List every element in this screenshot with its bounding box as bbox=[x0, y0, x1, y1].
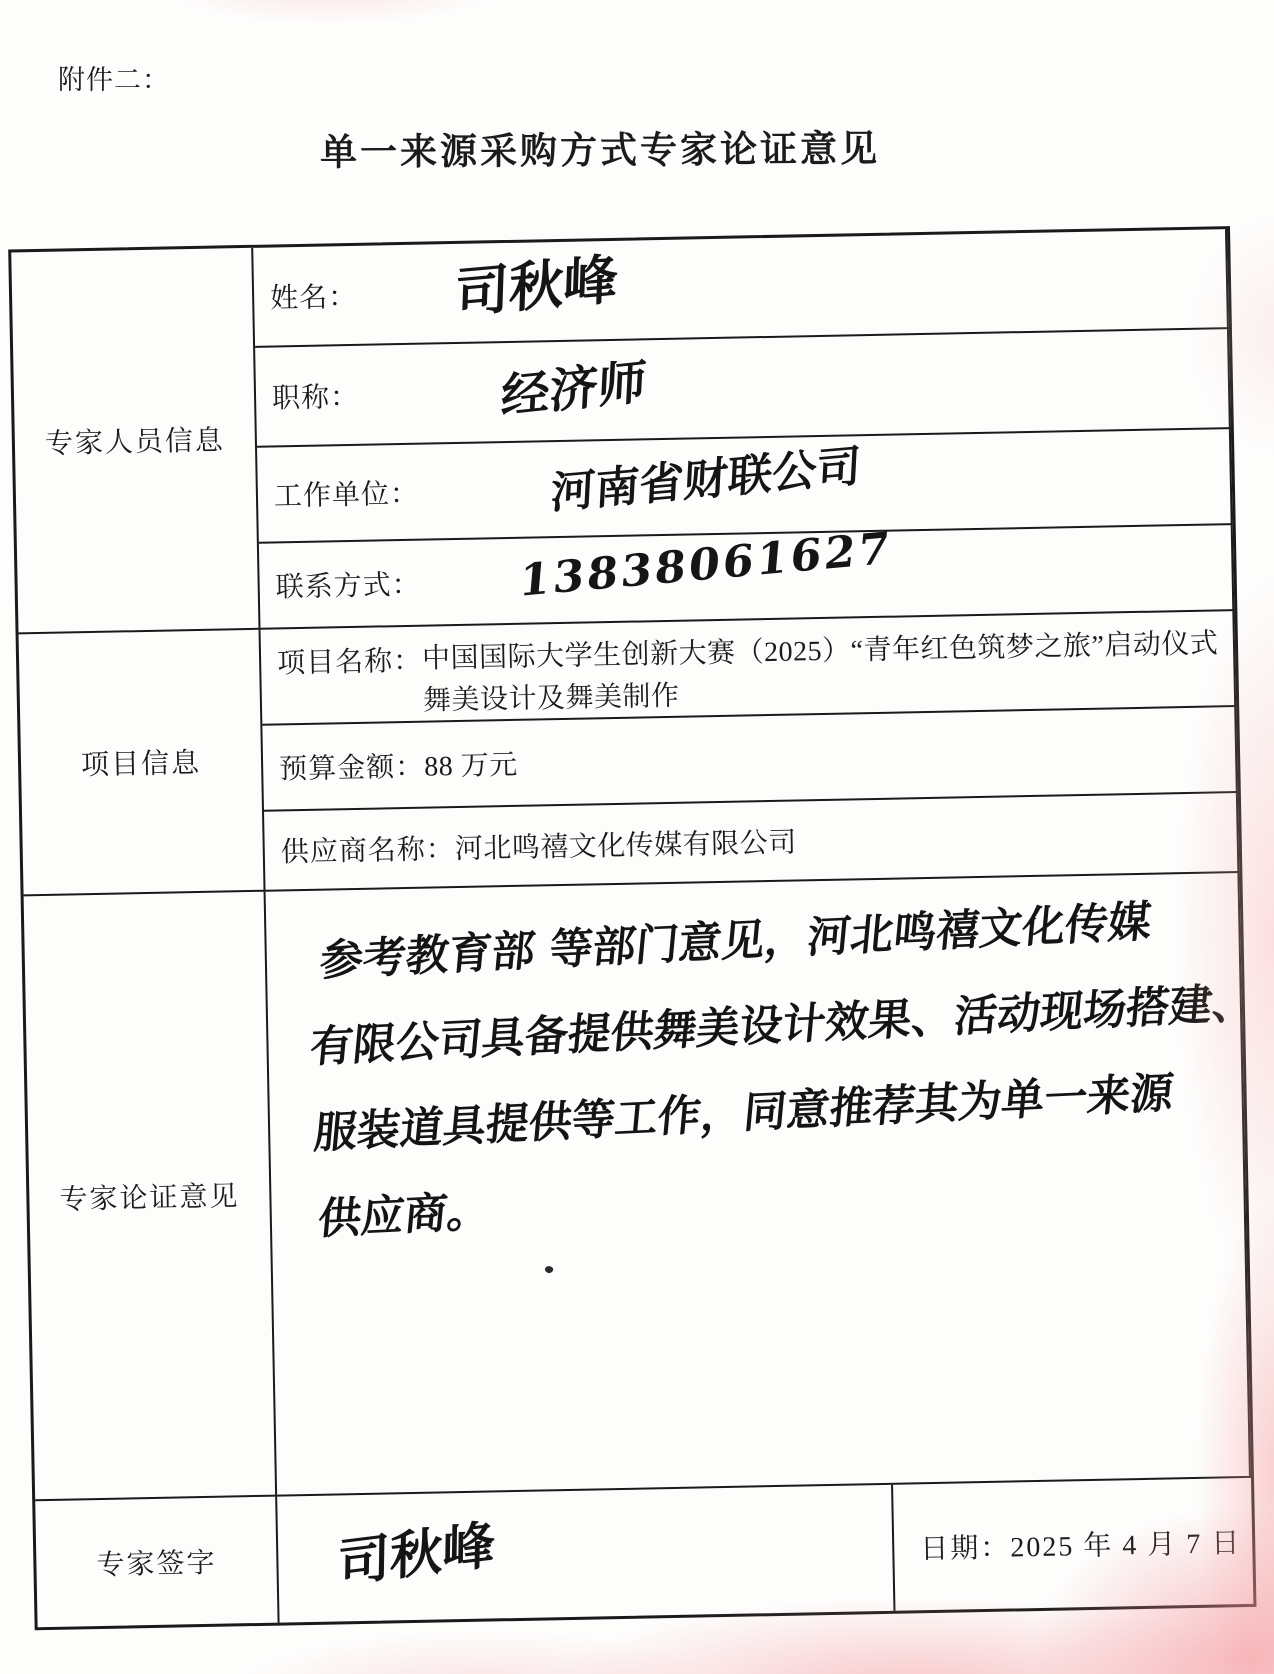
name-handwritten-value: 司秋峰 bbox=[454, 236, 619, 327]
project-name-value: 中国国际大学生创新大赛（2025）“青年红色筑梦之旅”启动仪式舞美设计及舞美制作 bbox=[422, 623, 1234, 723]
field-project-name: 项目名称： 中国国际大学生创新大赛（2025）“青年红色筑梦之旅”启动仪式舞美设… bbox=[261, 611, 1237, 726]
contact-label: 联系方式： bbox=[275, 563, 421, 606]
section-label-opinion: 专家论证意见 bbox=[24, 892, 278, 1502]
job-title-handwritten-value: 经济师 bbox=[500, 342, 649, 426]
signature-handwritten-value: 司秋峰 bbox=[337, 1502, 495, 1596]
name-label: 姓名： bbox=[270, 275, 358, 317]
field-signature: 司秋峰 bbox=[277, 1485, 895, 1623]
supplier-value: 河北鸣禧文化传媒有限公司 bbox=[454, 821, 797, 868]
budget-value: 88 万元 bbox=[424, 743, 518, 785]
work-unit-label: 工作单位： bbox=[274, 472, 420, 515]
date-value: 2025 年 4 月 7 日 bbox=[1010, 1521, 1242, 1565]
field-name: 姓名： 司秋峰 bbox=[253, 229, 1229, 348]
attachment-label: 附件二： bbox=[58, 58, 170, 97]
supplier-label: 供应商名称： bbox=[280, 827, 455, 870]
form-table: 专家人员信息 姓名： 司秋峰 职称： 经济师 工作单位： 河南省财联公司 联系方… bbox=[8, 226, 1256, 1630]
section-label-signature: 专家签字 bbox=[35, 1497, 279, 1628]
project-name-label: 项目名称： bbox=[277, 639, 423, 682]
date-label: 日期： bbox=[920, 1526, 1011, 1568]
work-unit-handwritten-value: 河南省财联公司 bbox=[550, 430, 863, 521]
field-date: 日期： 2025 年 4 月 7 日 bbox=[893, 1478, 1253, 1611]
section-label-project-info: 项目信息 bbox=[19, 630, 266, 897]
opinion-handwritten-text: 参考教育部 等部门意见，河北鸣禧文化传媒 有限公司具备提供舞美设计效果、活动现场… bbox=[304, 893, 880, 1263]
field-work-unit: 工作单位： 河南省财联公司 bbox=[257, 429, 1233, 544]
document-title: 单一来源采购方式专家论证意见 bbox=[0, 116, 1200, 178]
job-title-label: 职称： bbox=[272, 375, 360, 417]
field-opinion: 参考教育部 等部门意见，河北鸣禧文化传媒 有限公司具备提供舞美设计效果、活动现场… bbox=[266, 873, 1251, 1497]
scanned-document-page: { "page": { "attachment_label": "附件二：", … bbox=[0, 0, 1274, 1674]
field-job-title: 职称： 经济师 bbox=[255, 329, 1231, 448]
section-label-expert-info: 专家人员信息 bbox=[11, 248, 260, 635]
budget-label: 预算金额： bbox=[279, 745, 425, 788]
